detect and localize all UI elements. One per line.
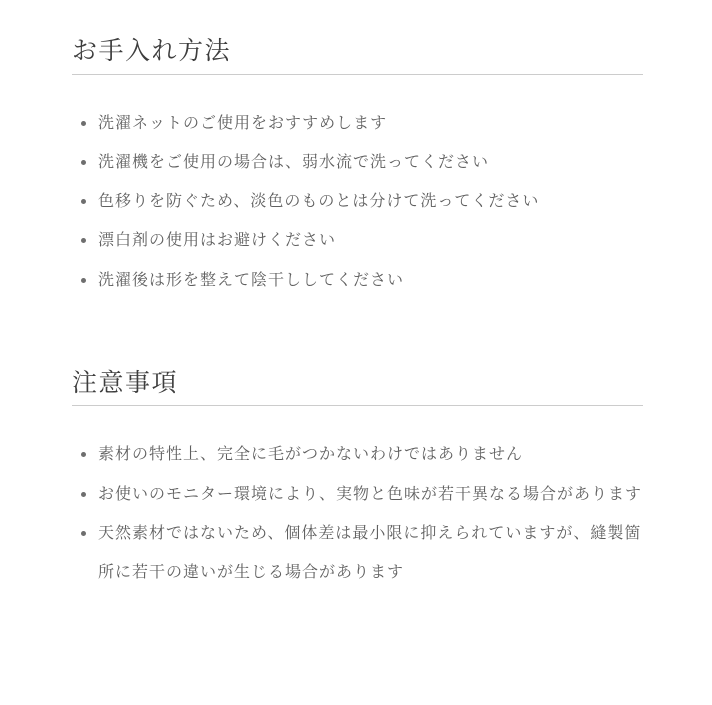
notes-list: 素材の特性上、完全に毛がつかないわけではありません お使いのモニター環境により、… [72, 435, 643, 592]
list-item: 素材の特性上、完全に毛がつかないわけではありません [98, 435, 643, 474]
care-section: お手入れ方法 洗濯ネットのご使用をおすすめします 洗濯機をご使用の場合は、弱水流… [72, 38, 643, 300]
care-list: 洗濯ネットのご使用をおすすめします 洗濯機をご使用の場合は、弱水流で洗ってくださ… [72, 104, 643, 300]
list-item: お使いのモニター環境により、実物と色味が若干異なる場合があります [98, 475, 643, 514]
notes-section: 注意事項 素材の特性上、完全に毛がつかないわけではありません お使いのモニター環… [72, 370, 643, 593]
notes-section-title: 注意事項 [72, 370, 643, 407]
care-section-title: お手入れ方法 [72, 38, 643, 75]
care-instructions-page: お手入れ方法 洗濯ネットのご使用をおすすめします 洗濯機をご使用の場合は、弱水流… [0, 0, 712, 705]
list-item: 洗濯機をご使用の場合は、弱水流で洗ってください [98, 143, 643, 182]
list-item: 天然素材ではないため、個体差は最小限に抑えられていますが、縫製箇所に若干の違いが… [98, 514, 643, 592]
list-item: 洗濯ネットのご使用をおすすめします [98, 104, 643, 143]
list-item: 漂白剤の使用はお避けください [98, 221, 643, 260]
list-item: 色移りを防ぐため、淡色のものとは分けて洗ってください [98, 182, 643, 221]
list-item: 洗濯後は形を整えて陰干ししてください [98, 261, 643, 300]
